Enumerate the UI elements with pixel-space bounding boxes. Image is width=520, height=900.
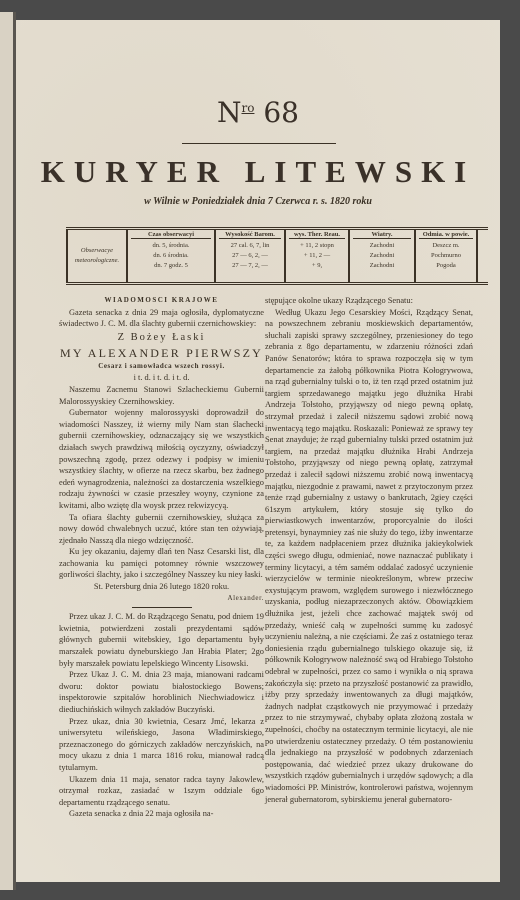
weather-cell: + 11, 2 —: [289, 251, 345, 261]
weather-cell: dn. 5, środnia.: [131, 241, 211, 251]
weather-cell: 27 — 6, 2, —: [219, 251, 281, 261]
issue-number-value: 68: [263, 96, 299, 129]
signature: Alexander.: [59, 593, 264, 605]
paragraph: Ta ofiara ślachty gubernii czernihowskie…: [59, 512, 264, 547]
issue-prefix: N: [217, 96, 242, 129]
previous-page-edge: [0, 12, 16, 890]
weather-cell: Zachodni: [353, 261, 411, 271]
weather-header: Czas obserwacyi: [131, 231, 211, 239]
weather-col-change: Odmia. w powie. Deszcz m. Pochmurno Pogo…: [414, 230, 478, 282]
weather-cell: Zachodni: [353, 251, 411, 261]
weather-cell: + 11, 2 stopn: [289, 241, 345, 251]
right-column: stępujące okolne ukazy Rządzącego Senatu…: [265, 295, 473, 805]
paragraph: Według Ukazu Jego Cesarskiey Mości, Rząd…: [265, 307, 473, 806]
paragraph: Ukazem dnia 11 maja, senator radca tayny…: [59, 774, 264, 809]
weather-header: Wysokość Barom.: [219, 231, 281, 239]
paragraph: Gazeta senacka z dnia 22 maja ogłosiła n…: [59, 808, 264, 820]
left-column: WIADOMOSCI KRAJOWE Gazeta senacka z dnia…: [59, 295, 264, 820]
weather-col-thermometer: wys. Ther. Reau. + 11, 2 stopn + 11, 2 —…: [284, 230, 348, 282]
issue-sup: ro: [241, 101, 254, 115]
divider: [132, 607, 192, 608]
weather-cell: Pochmurno: [419, 251, 473, 261]
emperor-line: MY ALEXANDER PIERWSZY: [59, 345, 264, 361]
weather-table: Obserwacye meteorologiczne. Czas obserwa…: [66, 227, 488, 285]
etc-line: i t. d. i t. d. i t. d.: [59, 372, 264, 384]
weather-col-winds: Wiatry. Zachodni Zachodni Zachodni: [348, 230, 414, 282]
weather-col-barometer: Wysokość Barom. 27 cal. 6, 7, lin 27 — 6…: [214, 230, 284, 282]
weather-header: Wiatry.: [353, 231, 411, 239]
weather-cell: Deszcz m.: [419, 241, 473, 251]
issue-number: Nro 68: [16, 96, 500, 129]
newspaper-page: Nro 68 KURYER LITEWSKI w Wilnie w Ponied…: [16, 20, 500, 882]
title-rule: [182, 143, 336, 144]
weather-col-time: Czas obserwacyi dn. 5, środnia. dn. 6 śr…: [126, 230, 214, 282]
emperor-title: Cesarz i samowładca wszech rossyi.: [59, 361, 264, 373]
weather-cell: Zachodni: [353, 241, 411, 251]
masthead-title: KURYER LITEWSKI: [16, 154, 500, 190]
weather-label: Obserwacye meteorologiczne.: [66, 230, 126, 282]
paragraph: Przez ukaz J. C. M. do Rządzącego Senatu…: [59, 611, 264, 669]
section-header: WIADOMOSCI KRAJOWE: [59, 295, 264, 307]
signed-place: St. Petersburg dnia 26 lutego 1820 roku.: [59, 581, 264, 593]
weather-cell: dn. 6 środnia.: [131, 251, 211, 261]
paragraph: Przez ukaz, dnia 30 kwietnia, Cesarz Jmć…: [59, 716, 264, 774]
paragraph: Ku jey okazaniu, dajemy dlań ten Nasz Ce…: [59, 546, 264, 581]
dateline: w Wilnie w Poniedziałek dnia 7 Czerwca r…: [16, 196, 500, 207]
paragraph: Naszemu Zacnemu Stanowi Szlacheckiemu Gu…: [59, 384, 264, 407]
weather-cell: Pogoda: [419, 261, 473, 271]
weather-header: wys. Ther. Reau.: [289, 231, 345, 239]
weather-cell: + 9,: [289, 261, 345, 271]
paragraph: Gubernator wojenny malorossyyski doprowa…: [59, 407, 264, 511]
weather-cell: 27 — 7, 2, —: [219, 261, 281, 271]
weather-cell: dn. 7 godz. 5: [131, 261, 211, 271]
paragraph: stępujące okolne ukazy Rządzącego Senatu…: [265, 295, 473, 307]
grace-line: Z Bożey Łaski: [59, 330, 264, 345]
weather-header: Odmia. w powie.: [419, 231, 473, 239]
paragraph: Przez Ukaz J. C. M. dnia 23 maja, mianow…: [59, 669, 264, 715]
weather-cell: 27 cal. 6, 7, lin: [219, 241, 281, 251]
paragraph: Gazeta senacka z dnia 29 maja ogłosiła, …: [59, 307, 264, 330]
